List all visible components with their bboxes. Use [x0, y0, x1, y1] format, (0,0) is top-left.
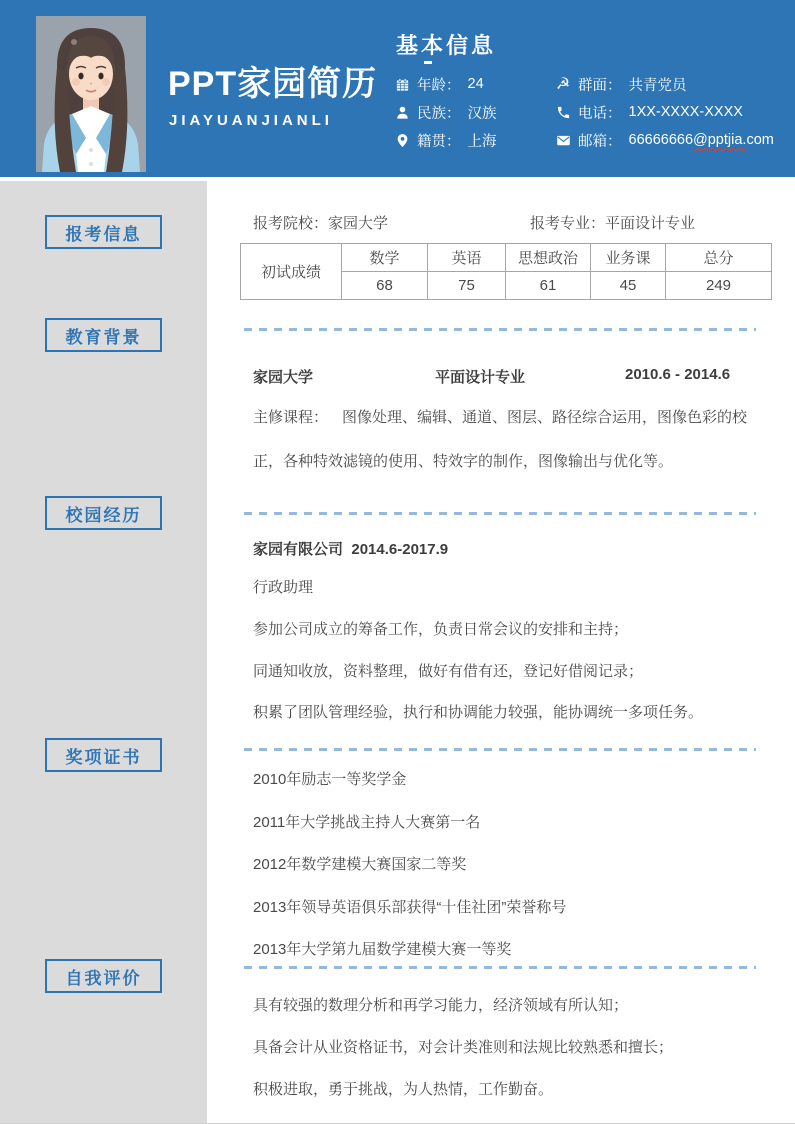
education-header-row: 家园大学 平面设计专业 2010.6 - 2014.6	[0, 366, 795, 386]
score-col-header: 业务课	[591, 244, 666, 272]
header-banner: PPT家园简历 JIAYUANJIANLI 基本信息 年龄：24 民族：汉族	[0, 0, 795, 177]
experience-period: 2014.6-2017.9	[351, 541, 448, 558]
info-value: 共青党员	[629, 74, 687, 95]
sidebar-item-self-evaluation: 自我评价	[45, 959, 162, 993]
experience-position: 行政助理	[253, 576, 313, 597]
experience-title: 家园有限公司 2014.6-2017.9	[253, 538, 448, 559]
evaluation-item: 积极进取，勇于挑战，为人热情，工作勤奋。	[253, 1078, 553, 1099]
heading-tick	[424, 61, 432, 64]
party-emblem-icon: ☭	[555, 76, 571, 92]
award-item: 2013年大学第九届数学建模大赛一等奖	[253, 938, 511, 959]
info-label: 邮箱：	[578, 130, 622, 151]
score-col-header: 数学	[342, 244, 428, 272]
courses-label: 主修课程：	[253, 409, 328, 426]
award-item: 2011年大学挑战主持人大赛第一名	[253, 811, 480, 832]
education-major: 平面设计专业	[435, 366, 525, 387]
phone-icon	[555, 104, 571, 120]
score-table-row-header: 初试成绩	[241, 244, 342, 300]
email-value: 66666666@pptjia.com	[629, 132, 774, 148]
sidebar-item-education: 教育背景	[45, 318, 162, 352]
application-major: 报考专业：平面设计专业	[530, 212, 695, 233]
education-school: 家园大学	[253, 366, 313, 387]
info-email: 邮箱：66666666@pptjia.com	[555, 126, 786, 154]
application-major-value: 平面设计专业	[605, 215, 695, 232]
sidebar-item-campus-experience: 校园经历	[45, 496, 162, 530]
award-item: 2010年励志一等奖学金	[253, 768, 406, 789]
info-label: 群面：	[578, 74, 622, 95]
sidebar-item-application-info: 报考信息	[45, 215, 162, 249]
score-value: 45	[591, 272, 666, 300]
avatar-illustration	[36, 16, 146, 172]
info-age: 年龄：24	[394, 70, 555, 98]
email-misspelled-part: @pptjia.	[693, 132, 746, 148]
score-value: 61	[506, 272, 591, 300]
application-school-label: 报考院校：	[253, 215, 328, 232]
score-col-header: 思想政治	[506, 244, 591, 272]
info-label: 年龄：	[417, 74, 461, 95]
info-label: 电话：	[578, 102, 622, 123]
basic-info-heading: 基本信息	[396, 29, 496, 60]
info-value: 24	[468, 76, 484, 92]
application-school: 报考院校：家园大学	[253, 212, 388, 233]
info-label: 民族：	[417, 102, 461, 123]
award-item: 2012年数学建模大赛国家二等奖	[253, 853, 466, 874]
score-value: 249	[666, 272, 772, 300]
info-ethnicity: 民族：汉族	[394, 98, 555, 126]
score-col-header: 英语	[428, 244, 506, 272]
application-school-value: 家园大学	[328, 215, 388, 232]
experience-duty: 积累了团队管理经验，执行和协调能力较强，能协调统一多项任务。	[253, 701, 703, 722]
resume-page: PPT家园简历 JIAYUANJIANLI 基本信息 年龄：24 民族：汉族	[0, 0, 795, 1124]
info-phone: 电话：1XX-XXXX-XXXX	[555, 98, 786, 126]
evaluation-item: 具有较强的数理分析和再学习能力，经济领域有所认知；	[253, 994, 628, 1015]
info-label: 籍贯：	[417, 130, 461, 151]
section-divider	[244, 748, 756, 751]
experience-duty: 同通知收放，资料整理，做好有借有还，登记好借阅记录；	[253, 660, 643, 681]
mail-icon	[555, 132, 571, 148]
score-table: 初试成绩 数学 英语 思想政治 业务课 总分 68 75 61 45 249	[240, 243, 772, 300]
resume-title-pinyin: JIAYUANJIANLI	[169, 112, 333, 129]
basic-info-grid: 年龄：24 民族：汉族 籍贯：上海 ☭ 群面：共青党员	[394, 70, 786, 154]
education-period: 2010.6 - 2014.6	[625, 366, 730, 383]
info-political-status: ☭ 群面：共青党员	[555, 70, 786, 98]
evaluation-item: 具备会计从业资格证书，对会计类准则和法规比较熟悉和擅长；	[253, 1036, 673, 1057]
profile-photo	[36, 16, 146, 172]
application-major-label: 报考专业：	[530, 215, 605, 232]
section-divider	[244, 512, 756, 515]
location-icon	[394, 132, 410, 148]
experience-duty: 参加公司成立的筹备工作，负责日常会议的安排和主持；	[253, 618, 628, 639]
info-value: 上海	[468, 130, 497, 151]
info-value: 1XX-XXXX-XXXX	[629, 104, 743, 120]
resume-title: PPT家园简历	[168, 56, 377, 105]
education-courses: 主修课程：图像处理、编辑、通道、图层、路径综合运用，图像色彩的校正，各种特效滤镜…	[253, 396, 775, 484]
info-hometown: 籍贯：上海	[394, 126, 555, 154]
calendar-icon	[394, 76, 410, 92]
award-item: 2013年领导英语俱乐部获得“十佳社团”荣誉称号	[253, 896, 566, 917]
info-value: 汉族	[468, 102, 497, 123]
section-divider	[244, 966, 756, 969]
experience-company: 家园有限公司	[253, 541, 343, 558]
person-icon	[394, 104, 410, 120]
score-value: 68	[342, 272, 428, 300]
score-col-header: 总分	[666, 244, 772, 272]
sidebar-item-awards: 奖项证书	[45, 738, 162, 772]
score-value: 75	[428, 272, 506, 300]
section-divider	[244, 328, 756, 331]
